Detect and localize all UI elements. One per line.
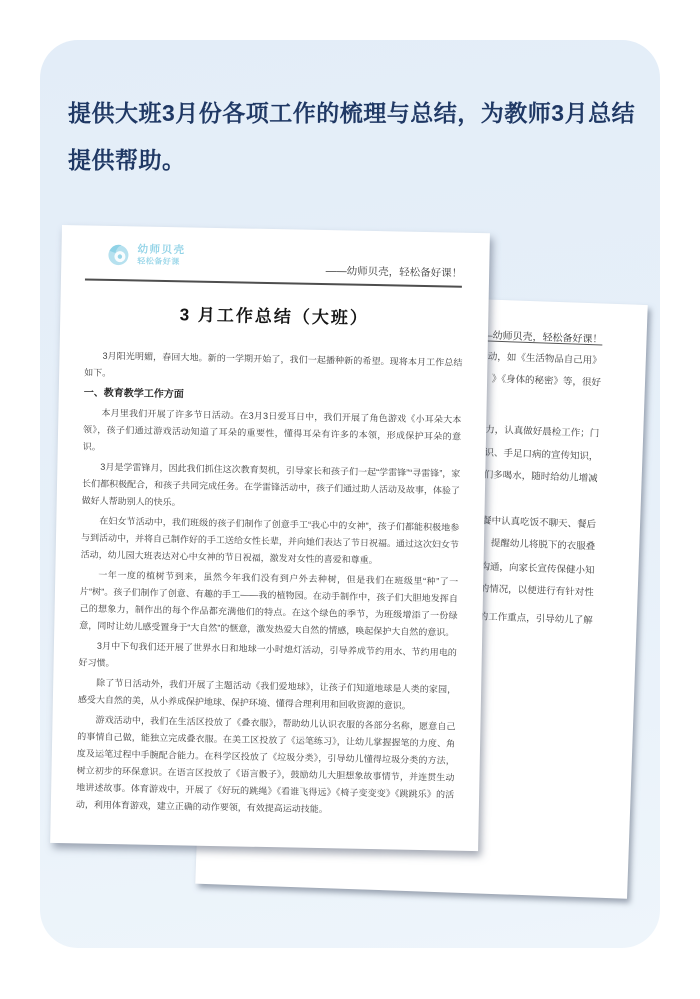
doc-body: 3月阳光明媚，春回大地。新的一学期开始了，我们一起播种新的希望。现将本月工作总结… [76,347,463,823]
shell-logo-icon [105,241,133,269]
brand-logo: 幼师贝壳 轻松备好课 [105,241,186,270]
intro-text: 提供大班3月份各项工作的梳理与总结，为教师3月总结 提供帮助。 [68,90,653,184]
back-page-text-fragment: 能力，认真做好晨检工作；门 [476,421,600,439]
brand-logo-text: 幼师贝壳 轻松备好课 [137,243,185,268]
content-card: 提供大班3月份各项工作的梳理与总结，为教师3月总结 提供帮助。 —幼师贝壳，轻松… [40,40,660,948]
back-page-text-fragment: 子们多喝水，随时给幼儿增减 [474,466,598,484]
doc-paragraph: 一年一度的植树节到来，虽然今年我们没有到户外去种树，但是我们在班级里“种”了一片… [79,566,458,641]
doc-header-tagline: ——幼师贝壳，轻松备好课！ [326,263,463,281]
back-page-text-fragment: 》《身体的秘密》等，很好 [492,371,602,389]
intro-text-line2: 提供帮助。 [68,137,653,184]
back-page-text-fragment: 期的工作重点，引导幼儿了解 [469,608,593,626]
doc-paragraph: 游戏活动中，我们在生活区投放了《叠衣服》，帮助幼儿认识衣服的各部分名称，愿意自己… [76,711,456,820]
doc-paragraph: 本月里我们开展了许多节日活动。在3月3日爱耳日中，我们开展了角色游戏《小耳朵大本… [83,404,462,462]
document-page-1-preview: 幼师贝壳 轻松备好课 ——幼师贝壳，轻松备好课！ 3 月工作总结（大班） 3月阳… [50,225,490,851]
intro-text-line1: 提供大班3月份各项工作的梳理与总结，为教师3月总结 [68,90,653,137]
brand-logo-subtext: 轻松备好课 [137,255,185,268]
doc-paragraph: 3月中下旬我们还开展了世界水日和地球一小时熄灯活动，引导养成节约用水、节约用电的… [78,637,457,678]
page: 提供大班3月份各项工作的梳理与总结，为教师3月总结 提供帮助。 —幼师贝壳，轻松… [0,0,700,999]
doc-title: 3 月工作总结（大班） [60,298,488,331]
brand-logo-name: 幼师贝壳 [137,243,185,256]
back-page-text-fragment: 园的情况，以便进行有针对性 [470,580,594,598]
doc-paragraph: 3月是学雷锋月，因此我们抓住这次教育契机，引导家长和孩子们一起“学雷锋”“寻雷锋… [82,458,461,516]
doc-header-rule [85,278,462,287]
back-page-text-fragment: 活动，如《生活物品自己用》 [478,348,602,366]
doc-paragraph: 在妇女节活动中，我们班级的孩子们制作了创意手工“我心中的女神”，孩子们都能积极地… [81,512,460,570]
doc-paragraph: 除了节日活动外，我们开展了主题活动《我们爱地球》，让孩子们知道地球是人类的家园，… [78,674,457,715]
doc-paragraph: 3月阳光明媚，春回大地。新的一学期开始了，我们一起播种新的希望。现将本月工作总结… [84,347,463,388]
